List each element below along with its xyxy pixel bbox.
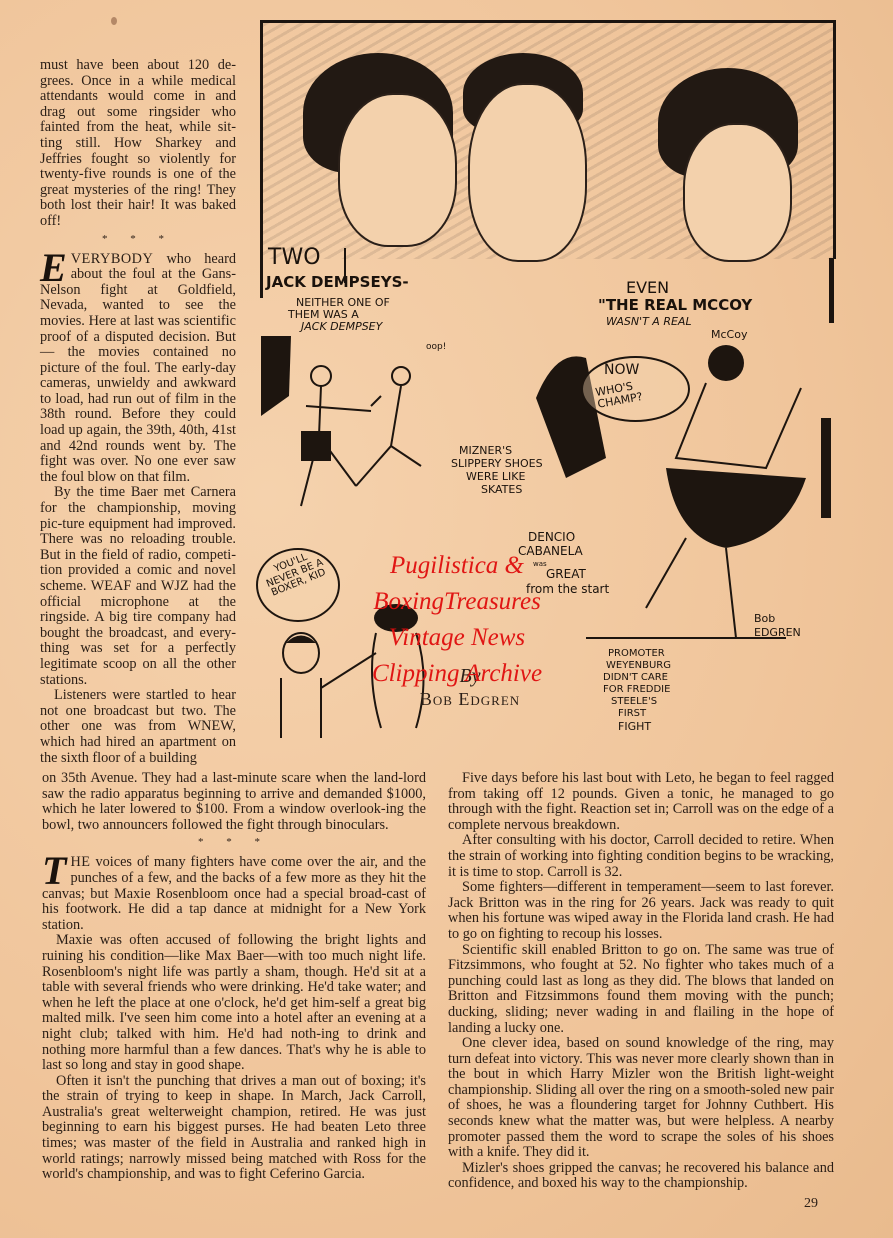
watermark-line: Clipping Archive bbox=[327, 656, 587, 692]
paragraph-text: voices of many fighters have come over t… bbox=[42, 854, 426, 932]
caption-now: Now bbox=[604, 363, 639, 378]
caption-mizner-3: were like bbox=[466, 471, 525, 483]
paragraph: Often it isn't the punching that drives … bbox=[42, 1074, 426, 1183]
section-separator: * * * bbox=[42, 834, 426, 850]
caption-even: Even bbox=[626, 280, 669, 297]
paragraph-text: who heard about the foul at the Gans-Nel… bbox=[40, 251, 236, 485]
bottom-right-column: Five days before his last bout with Leto… bbox=[448, 771, 834, 1192]
paragraph: Some fighters—different in temperament—s… bbox=[448, 880, 834, 942]
paragraph: on 35th Avenue. They had a last-minute s… bbox=[42, 771, 426, 833]
portrait-panel bbox=[260, 20, 836, 259]
caption-neither-1: Neither one of bbox=[296, 297, 390, 309]
caption-jack-dempseys: Jack Dempseys- bbox=[266, 275, 409, 291]
paper-stain bbox=[111, 17, 117, 25]
caption-wasnt: Wasn't a real bbox=[606, 316, 692, 328]
paragraph: Mizler's shoes gripped the canvas; he re… bbox=[448, 1161, 834, 1192]
left-column: must have been about 120 de-grees. Once … bbox=[40, 58, 236, 766]
lead-caps: VERYBODY bbox=[71, 251, 154, 267]
frame-line bbox=[260, 248, 263, 298]
caption-neither-2: them was a bbox=[288, 309, 359, 321]
paragraph: After consulting with his doctor, Carrol… bbox=[448, 833, 834, 880]
caption-mizner-4: skates bbox=[481, 484, 522, 496]
watermark-line: BoxingTreasures bbox=[327, 584, 587, 620]
caption-real-mccoy: "The Real McCoy bbox=[598, 298, 752, 314]
caption-oop: oop! bbox=[426, 343, 446, 352]
bottom-left-column: on 35th Avenue. They had a last-minute s… bbox=[42, 771, 426, 1183]
caption-promoter-7: fight bbox=[618, 721, 651, 733]
paragraph: Five days before his last bout with Leto… bbox=[448, 771, 834, 833]
paragraph: THE voices of many fighters have come ov… bbox=[42, 855, 426, 933]
watermark-line: Pugilistica & bbox=[327, 548, 587, 584]
paragraph: One clever idea, based on sound knowledg… bbox=[448, 1036, 834, 1161]
drop-cap: T bbox=[42, 855, 66, 887]
paragraph: Maxie was often accused of following the… bbox=[42, 933, 426, 1073]
watermark: Pugilistica & BoxingTreasures Vintage Ne… bbox=[327, 548, 587, 692]
section-separator: * * * bbox=[40, 231, 236, 247]
caption-promoter-5: Steele's bbox=[611, 697, 657, 708]
caption-neither-3: Jack Dempsey bbox=[301, 321, 382, 333]
frame-line bbox=[829, 258, 834, 323]
caption-promoter-3: didn't care bbox=[603, 673, 668, 684]
caption-promoter-6: first bbox=[618, 709, 646, 720]
lead-caps: HE bbox=[70, 854, 90, 870]
drop-cap: E bbox=[40, 252, 67, 284]
paragraph: By the time Baer met Carnera for the cha… bbox=[40, 485, 236, 688]
paragraph: Scientific skill enabled Britton to go o… bbox=[448, 943, 834, 1037]
paragraph: EVERYBODY who heard about the foul at th… bbox=[40, 252, 236, 486]
caption-mizner-1: Mizner's bbox=[459, 445, 512, 457]
portrait-face-left bbox=[338, 93, 457, 247]
caption-promoter-2: Weyenburg bbox=[606, 661, 671, 672]
artist-signature-first: Bob bbox=[754, 613, 775, 625]
page-number: 29 bbox=[804, 1196, 818, 1212]
watermark-line: Vintage News bbox=[327, 620, 587, 656]
caption-dencio: Dencio bbox=[528, 531, 575, 544]
skating-boxers-sketch bbox=[261, 336, 461, 536]
portrait-face-center bbox=[468, 83, 587, 262]
caption-promoter-1: Promoter bbox=[608, 649, 665, 660]
caption-promoter-4: for Freddie bbox=[603, 685, 670, 696]
portrait-face-right bbox=[683, 123, 792, 262]
paragraph: Listeners were startled to hear not one … bbox=[40, 688, 236, 766]
paragraph: must have been about 120 de-grees. Once … bbox=[40, 58, 236, 230]
caption-two: Two bbox=[268, 246, 321, 269]
artist-signature-last: Edgren bbox=[754, 627, 801, 639]
